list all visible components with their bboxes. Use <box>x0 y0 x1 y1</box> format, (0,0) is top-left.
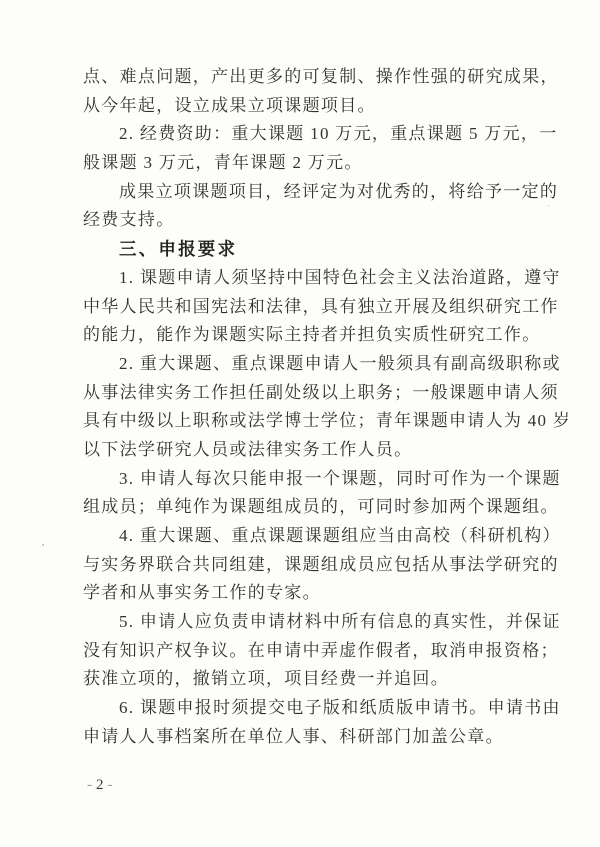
document-line: 组成员；单纯作为课题组成员的，可同时参加两个课题组。 <box>83 493 543 522</box>
document-line: 成果立项课题项目，经评定为对优秀的，将给予一定的 <box>83 178 543 207</box>
page-number-dash-left: - <box>83 777 96 793</box>
document-body: 点、难点问题，产出更多的可复制、操作性强的研究成果，从今年起，设立成果立项课题项… <box>83 63 543 752</box>
scan-speck <box>520 704 521 706</box>
page-number: -2- <box>83 777 117 794</box>
document-line: 学者和从事实务工作的专家。 <box>83 579 543 608</box>
document-line: 申请人人事档案所在单位人事、科研部门加盖公章。 <box>83 723 543 752</box>
document-line: 2. 重大课题、重点课题申请人一般须具有副高级职称或 <box>83 350 543 379</box>
document-line: 5. 申请人应负责申请材料中所有信息的真实性，并保证 <box>83 608 543 637</box>
page-number-value: 2 <box>96 777 104 793</box>
section-heading: 三、申报要求 <box>83 235 543 264</box>
document-line: 4. 重大课题、重点课题课题组应当由高校（科研机构） <box>83 522 543 551</box>
page-number-dash-right: - <box>104 777 117 793</box>
scan-speck <box>42 544 44 546</box>
document-line: 经费支持。 <box>83 206 543 235</box>
document-line: 中华人民共和国宪法和法律，具有独立开展及组织研究工作 <box>83 293 543 322</box>
document-line: 没有知识产权争议。在申请中弄虚作假者，取消申报资格； <box>83 637 543 666</box>
document-line: 2. 经费资助：重大课题 10 万元，重点课题 5 万元，一 <box>83 120 543 149</box>
document-line: 般课题 3 万元，青年课题 2 万元。 <box>83 149 543 178</box>
document-line: 与实务界联合共同组建，课题组成员应包括从事法学研究的 <box>83 551 543 580</box>
document-line: 以下法学研究人员或法律实务工作人员。 <box>83 436 543 465</box>
scan-speck <box>548 205 550 206</box>
document-line: 3. 申请人每次只能申报一个课题，同时可作为一个课题 <box>83 465 543 494</box>
document-page: 点、难点问题，产出更多的可复制、操作性强的研究成果，从今年起，设立成果立项课题项… <box>0 0 600 847</box>
document-line: 1. 课题申请人须坚持中国特色社会主义法治道路，遵守 <box>83 264 543 293</box>
document-line: 从事法律实务工作担任副处级以上职务；一般课题申请人须 <box>83 379 543 408</box>
document-line: 6. 课题申报时须提交电子版和纸质版申请书。申请书由 <box>83 694 543 723</box>
document-line: 获准立项的，撤销立项，项目经费一并追回。 <box>83 665 543 694</box>
document-line: 从今年起，设立成果立项课题项目。 <box>83 92 543 121</box>
document-line: 的能力，能作为课题实际主持者并担负实质性研究工作。 <box>83 321 543 350</box>
document-line: 点、难点问题，产出更多的可复制、操作性强的研究成果， <box>83 63 543 92</box>
document-line: 具有中级以上职称或法学博士学位；青年课题申请人为 40 岁 <box>83 407 543 436</box>
